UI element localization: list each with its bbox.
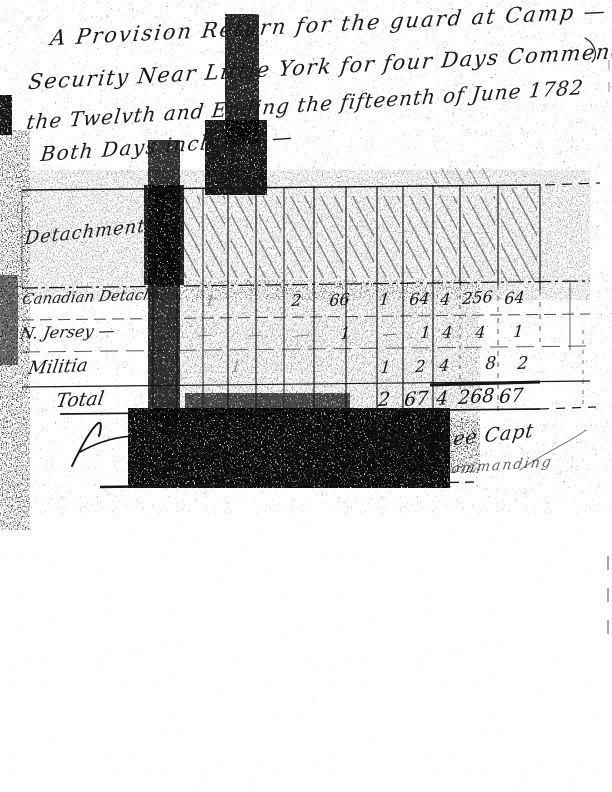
- document-page: A Provision Return for the guard at Camp…: [0, 0, 612, 792]
- cell-value: 1: [231, 357, 242, 376]
- cell-value: 1: [513, 321, 525, 341]
- cell-value: 67: [498, 384, 524, 408]
- cell-value: 66: [329, 290, 351, 311]
- column-header-scrawl: [380, 196, 400, 278]
- column-header-scrawl: [206, 196, 225, 278]
- cell-value: 1: [340, 323, 352, 343]
- cell-value: 1: [380, 357, 392, 377]
- cell-value: 4: [442, 322, 454, 342]
- cell-value: —: [247, 325, 263, 344]
- cell-value: 64: [409, 289, 431, 310]
- cell-value: 8: [485, 353, 497, 374]
- column-header-scrawl: [259, 196, 281, 278]
- cell-value: 1: [420, 322, 432, 342]
- cell-value: 4: [440, 289, 452, 309]
- cell-value: 268: [457, 384, 495, 409]
- cell-value: 4: [475, 322, 487, 342]
- row-label-militia: Militia: [27, 355, 90, 379]
- cell-value: 64: [504, 288, 526, 309]
- cell-value: —: [197, 325, 213, 344]
- column-header-scrawl: [180, 196, 200, 278]
- column-header-scrawl: [287, 196, 311, 278]
- column-header-scrawl: [430, 168, 490, 184]
- cell-value: 4: [439, 355, 451, 375]
- cell-value: 2: [291, 290, 303, 310]
- cell-value: —: [294, 325, 310, 344]
- column-header-scrawl: [317, 196, 343, 278]
- column-header-scrawl: [436, 196, 457, 278]
- row-label-total: Total: [54, 388, 105, 413]
- column-header-scrawl: [406, 196, 430, 278]
- row-label-jersey: N. Jersey —: [19, 321, 117, 343]
- cell-value: 67: [403, 387, 429, 411]
- cell-value: —: [382, 324, 398, 343]
- column-header-scrawl: [501, 188, 537, 282]
- cell-value: 4: [435, 387, 449, 410]
- cell-value: 1: [379, 289, 391, 309]
- cell-value: 256: [462, 287, 494, 308]
- cell-value: 2: [517, 353, 529, 374]
- column-header-scrawl: [349, 196, 374, 278]
- cell-value: 2: [415, 356, 427, 376]
- cell-value: 1: [205, 291, 216, 310]
- column-header-scrawl: [231, 196, 253, 278]
- column-header-scrawl: [463, 196, 495, 278]
- cell-value: 2: [377, 388, 391, 411]
